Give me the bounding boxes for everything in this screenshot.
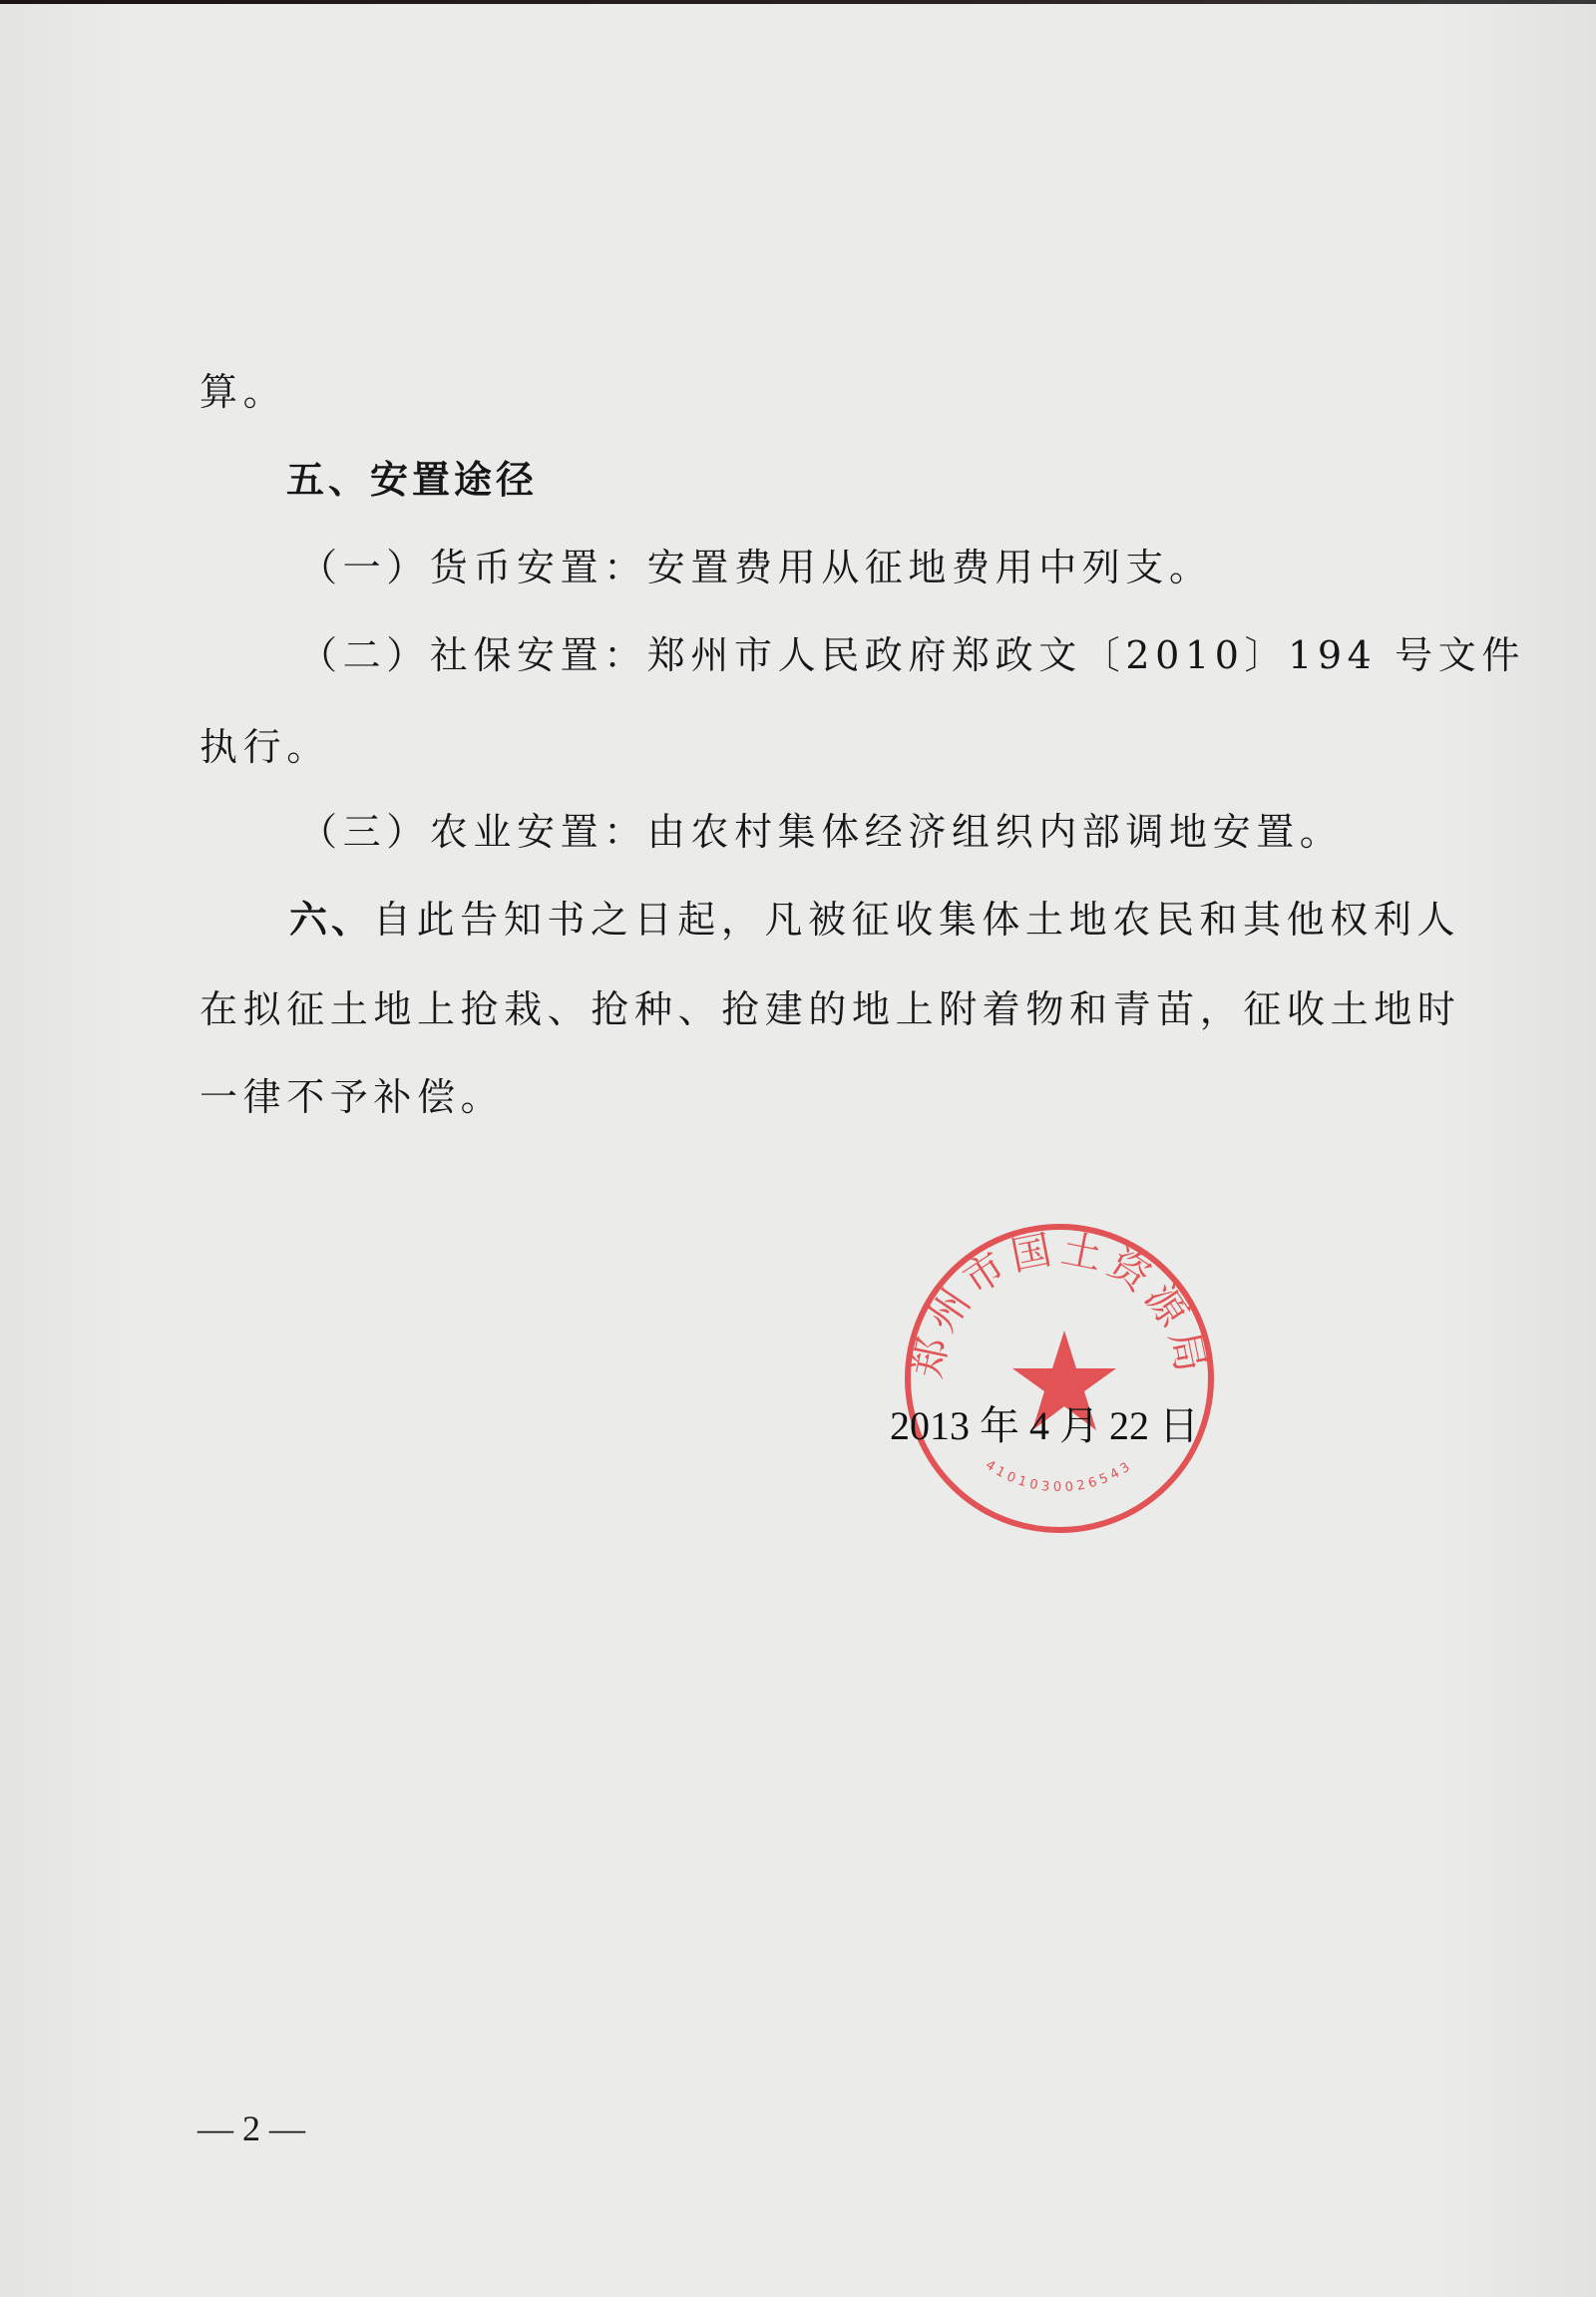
section-six-label: 六、 xyxy=(289,898,373,942)
scan-top-edge xyxy=(0,0,1596,4)
text-line-execute: 执行。 xyxy=(199,725,330,769)
seal-number: 4101030026543 xyxy=(983,1458,1136,1496)
item-social-security-resettlement: （二）社保安置：郑州市人民政府郑政文〔2010〕194 号文件 xyxy=(299,633,1525,677)
section-six-line-3: 一律不予补偿。 xyxy=(199,1075,504,1119)
section-six-line-2: 在拟征土地上抢栽、抢种、抢建的地上附着物和青苗，征收土地时 xyxy=(199,987,1460,1031)
page-number: — 2 — xyxy=(198,2106,305,2150)
text-line-continuation: 算。 xyxy=(199,370,286,414)
seal-stamp-icon: 郑州市国土资源局 4101030026543 xyxy=(900,1219,1219,1538)
section-six-text: 自此告知书之日起，凡被征收集体土地农民和其他权利人 xyxy=(373,898,1460,942)
item-agricultural-resettlement: （三）农业安置：由农村集体经济组织内部调地安置。 xyxy=(299,810,1343,854)
item-monetary-resettlement: （一）货币安置：安置费用从征地费用中列支。 xyxy=(299,546,1213,589)
paper-shading xyxy=(0,0,1596,2297)
section-six-line: 六、自此告知书之日起，凡被征收集体土地农民和其他权利人 xyxy=(289,898,1460,942)
svg-text:4101030026543: 4101030026543 xyxy=(983,1458,1136,1496)
section-heading-five: 五、安置途径 xyxy=(286,458,538,502)
official-seal: 郑州市国土资源局 4101030026543 xyxy=(900,1219,1219,1538)
document-date: 2013 年 4 月 22 日 xyxy=(890,1404,1199,1448)
